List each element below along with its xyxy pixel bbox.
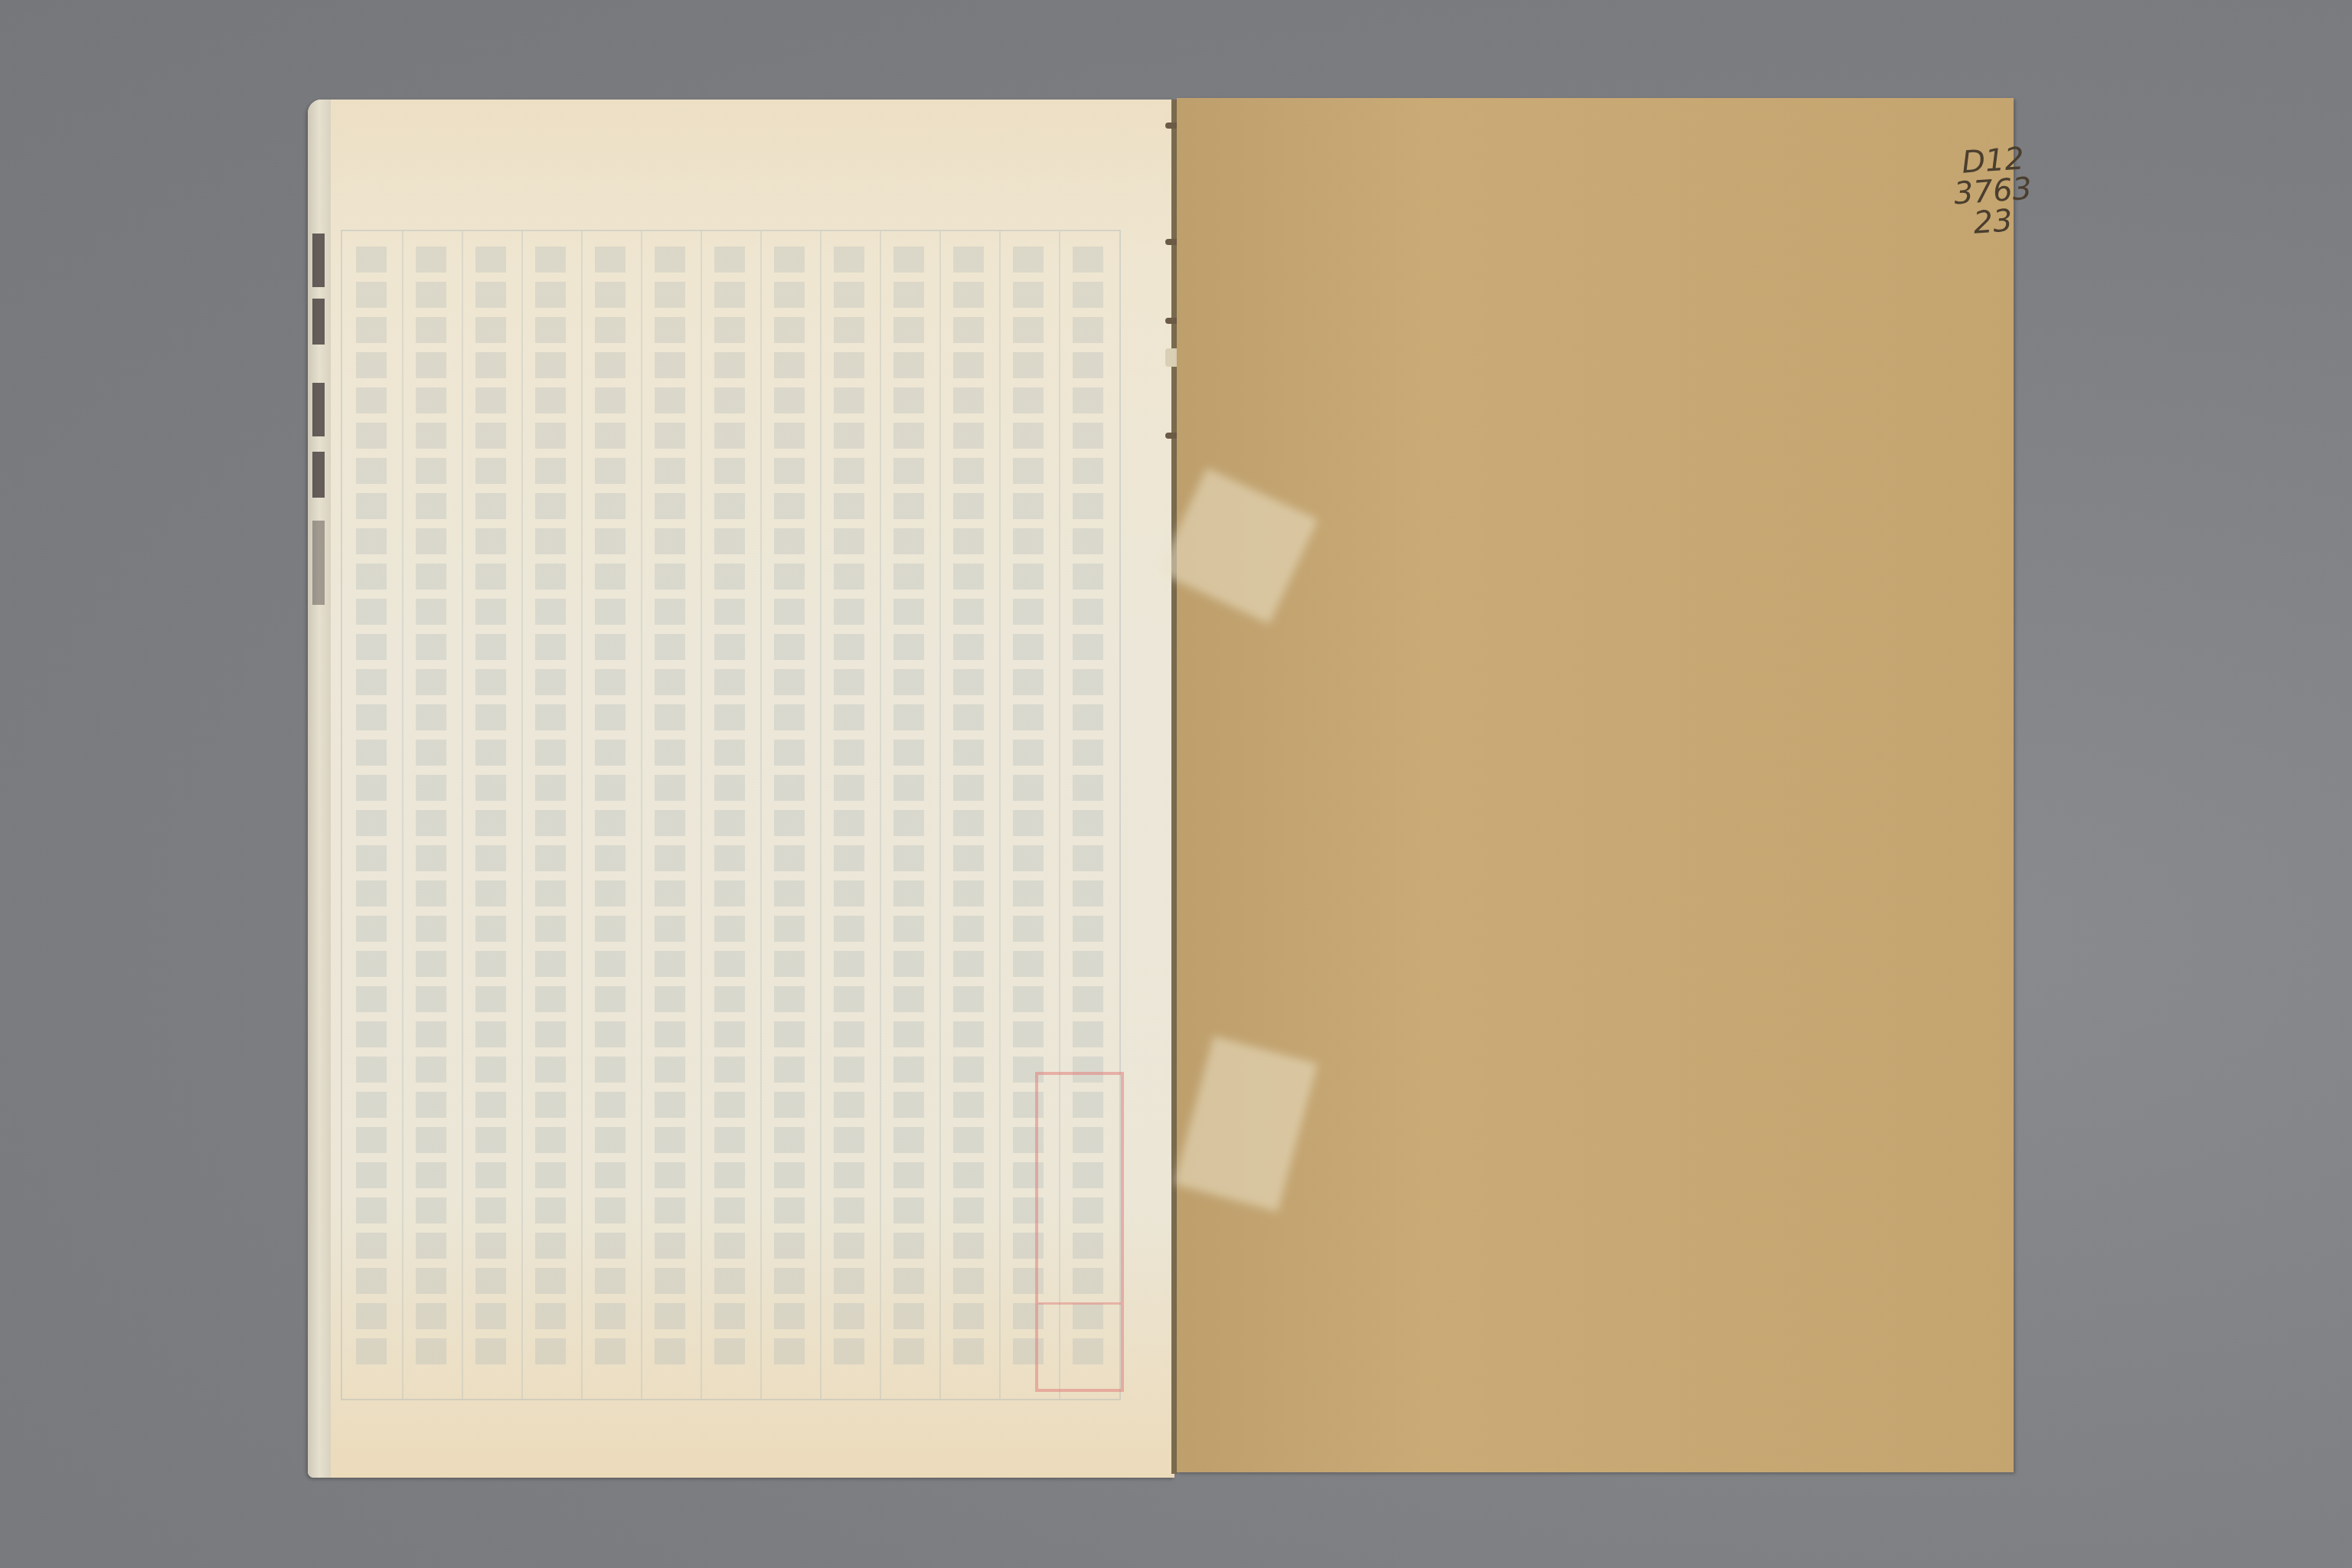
call-number-line3: 23 xyxy=(1950,204,2037,240)
cover-stain xyxy=(1174,1036,1318,1211)
handwritten-call-number: D12 3763 23 xyxy=(1951,145,2035,237)
edge-printed-mark xyxy=(312,383,325,436)
edge-printed-mark xyxy=(312,452,325,498)
text-frame xyxy=(341,230,1121,1400)
library-seal xyxy=(1035,1072,1124,1392)
edge-printed-mark xyxy=(312,299,325,345)
open-book: D12 3763 23 xyxy=(0,0,2352,1568)
cover-stain xyxy=(1158,468,1318,624)
edge-printed-mark xyxy=(312,234,325,287)
back-cover xyxy=(1177,98,2014,1472)
edge-printed-mark xyxy=(312,521,325,605)
